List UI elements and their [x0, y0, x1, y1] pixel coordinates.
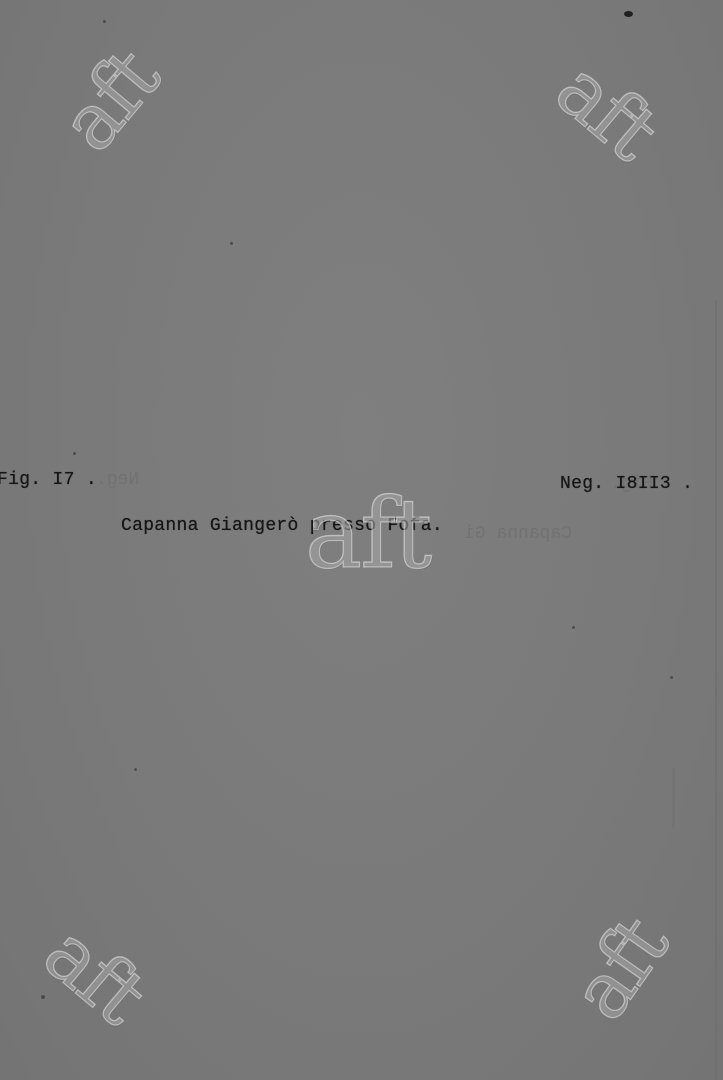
ink-speck — [572, 626, 575, 629]
figure-number: Fig. I7 . — [0, 470, 97, 490]
paper-streak-mark — [672, 768, 675, 828]
ink-speck — [103, 20, 106, 23]
ink-speck — [670, 676, 673, 679]
watermark-logo: aft — [305, 486, 430, 582]
negative-number: Neg. I8II3 . — [560, 474, 693, 494]
ink-speck — [41, 995, 45, 999]
ink-speck — [73, 452, 76, 455]
ink-speck — [134, 768, 137, 771]
document-page: Neg. Fig. Capanna Gi Fig. I7 . Neg. I8II… — [0, 0, 723, 1080]
watermark-logo: aft — [543, 49, 670, 173]
bleed-through-text: Capanna Gi — [464, 524, 572, 544]
ink-speck — [624, 11, 633, 17]
watermark-logo: aft — [31, 913, 158, 1037]
bleed-through-text: Neg. — [96, 470, 139, 490]
paper-edge-line — [715, 300, 717, 1080]
watermark-logo: aft — [48, 37, 172, 164]
watermark-logo: aft — [560, 905, 682, 1032]
ink-speck — [230, 242, 233, 245]
